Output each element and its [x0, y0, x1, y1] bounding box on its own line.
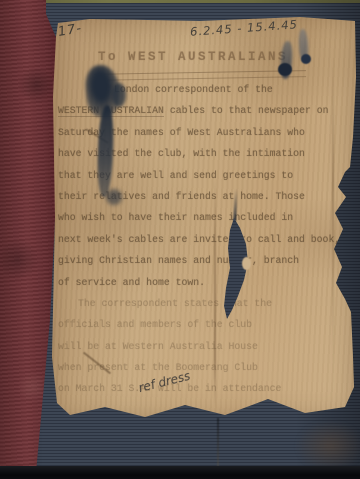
- ink-smudge: [112, 83, 126, 107]
- scrapbook-cover: 17- 6.2.45 - 15.4.45 To WEST AUSTRALIANS…: [0, 0, 360, 479]
- cloth-wear-patch: [295, 420, 360, 472]
- cloth-crease: [217, 418, 219, 468]
- ink-blot: [278, 63, 292, 76]
- article-line: next week's cables are invited to call a…: [58, 229, 350, 250]
- article-line: of service and home town.: [58, 272, 350, 293]
- ink-blot: [301, 54, 311, 64]
- handwritten-page-number: 17-: [57, 21, 83, 40]
- article-line-faded: The correspondent states that the: [58, 293, 350, 314]
- masthead-rest: cables to that newspaper on: [170, 105, 329, 116]
- article-line-faded: will be at Western Australia House: [58, 336, 350, 357]
- cover-bottom-edge: [0, 466, 360, 479]
- newspaper-clipping: 17- 6.2.45 - 15.4.45 To WEST AUSTRALIANS…: [50, 17, 356, 421]
- cover-top-edge: [0, 0, 360, 3]
- article-line: who wish to have their names included in: [58, 207, 350, 228]
- paper-tear-chip: [242, 257, 251, 270]
- article-line-faded: when present at the Boomerang Club: [58, 357, 350, 378]
- article-line: giving Christian names and number, branc…: [58, 250, 350, 271]
- ink-smudge: [106, 189, 122, 205]
- handwritten-date-range: 6.2.45 - 15.4.45: [190, 17, 299, 38]
- leather-spine: [0, 0, 60, 472]
- article-line-faded: on March 31 S.A. will be in attendance: [58, 378, 350, 399]
- article-line-faded: officials and members of the club: [58, 314, 350, 335]
